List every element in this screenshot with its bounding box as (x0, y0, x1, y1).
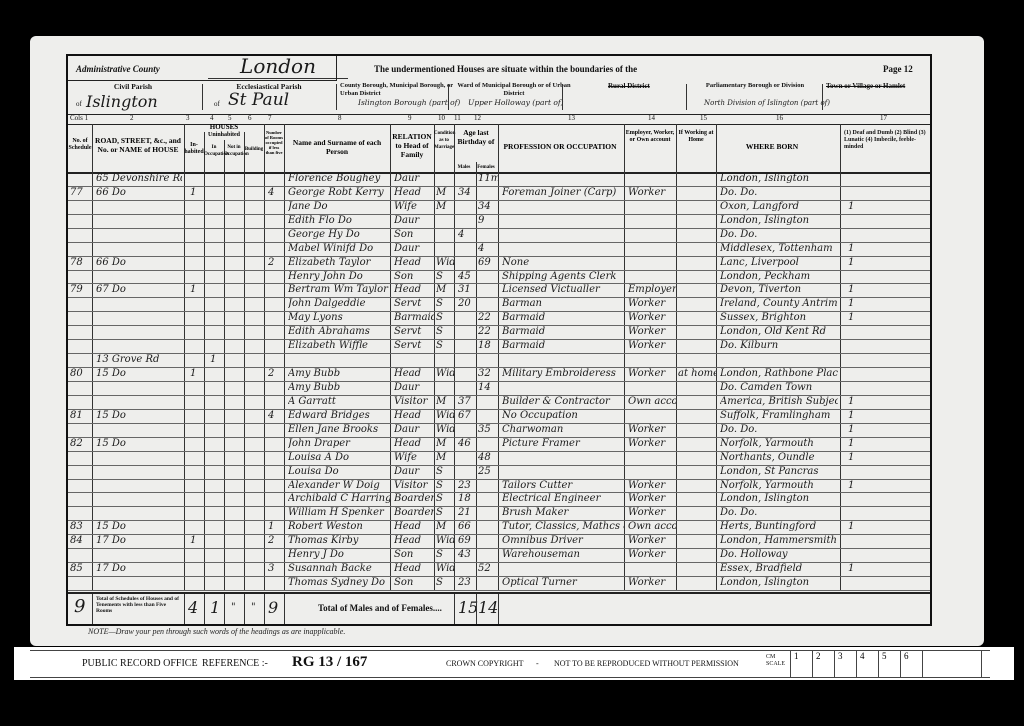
cell-cond: M (436, 201, 454, 212)
cell-cond: S (436, 466, 454, 477)
cell-name: Susannah Backe (288, 563, 390, 574)
cell-road: 65 Devonshire Rd (96, 173, 182, 184)
cell-rooms: 3 (268, 563, 282, 574)
page-number: Page 12 (883, 64, 913, 74)
cell-cond: M (436, 187, 454, 198)
total-rooms: 9 (268, 598, 278, 617)
cell-f: 14 (478, 382, 498, 393)
cell-emp: Worker (628, 340, 676, 351)
scale-mark: 3 (834, 651, 856, 677)
cell-name: Florence Boughey (288, 173, 390, 184)
cell-emp: Worker (628, 326, 676, 337)
divider (686, 84, 687, 110)
col-num: 6 (248, 114, 252, 122)
ward-label: Ward of Municipal Borough or of Urban Di… (452, 82, 576, 98)
cell-rel: Head (394, 410, 434, 421)
col-num: 15 (700, 114, 707, 122)
cell-rel: Servt (394, 340, 434, 351)
cell-cond: S (436, 326, 454, 337)
admin-county-row: Administrative County London The underme… (68, 56, 930, 80)
census-entry-row: Mabel Winifd DoDaur4Middlesex, Tottenham… (68, 242, 930, 257)
cell-emp: Worker (628, 507, 676, 518)
total-in-occupation: 1 (210, 598, 220, 617)
cell-m: 37 (458, 396, 476, 407)
cell-emp: Worker (628, 187, 676, 198)
cell-name: Bertram Wm Taylor (288, 284, 390, 295)
cell-name: Henry J Do (288, 549, 390, 560)
scale-mark: 6 (900, 651, 922, 677)
cell-cond: S (436, 340, 454, 351)
cell-rooms: 2 (268, 535, 282, 546)
cell-rel: Head (394, 563, 434, 574)
census-entry-row: 8115 Do4Edward BridgesHeadWid67No Occupa… (68, 409, 930, 424)
cell-sched: 84 (70, 535, 92, 546)
cell-occ: Tutor, Classics, Mathcs &c (502, 521, 624, 532)
cell-rel: Daur (394, 243, 434, 254)
divider (202, 84, 203, 110)
cell-sched: 85 (70, 563, 92, 574)
col-num: 8 (338, 114, 342, 122)
cell-born: Do. Do. (720, 187, 838, 198)
heading-employer: Employer, Worker, or Own account (624, 130, 676, 144)
cell-occ: No Occupation (502, 410, 624, 421)
cell-inf: 1 (848, 243, 868, 254)
scale-mark (922, 651, 982, 677)
cell-born: London, St Pancras (720, 466, 838, 477)
col-num: Cols 1 (70, 114, 88, 122)
heading-relation: RELATION to Head of Family (390, 132, 434, 159)
census-entry-row: 8215 DoJohn DraperHeadM46Picture FramerW… (68, 437, 930, 452)
census-entry-row: Henry J DoSonS43WarehousemanWorkerDo. Ho… (68, 548, 930, 563)
cell-road: 67 Do (96, 284, 182, 295)
cell-f: 35 (478, 424, 498, 435)
scale-mark: 5 (878, 651, 900, 677)
cell-inf: 1 (848, 312, 868, 323)
census-entry-row: William H SpenkerBoarderS21Brush MakerWo… (68, 506, 930, 521)
cell-f: 25 (478, 466, 498, 477)
col-num: 13 (568, 114, 575, 122)
archive-footer: PUBLIC RECORD OFFICE REFERENCE :- RG 13 … (14, 647, 1014, 680)
cell-cond: S (436, 271, 454, 282)
cell-occ: Charwoman (502, 424, 624, 435)
cell-cond: Wid (436, 410, 454, 421)
cell-f: 9 (478, 215, 498, 226)
cell-emp: Worker (628, 549, 676, 560)
cell-born: Norfolk, Yarmouth (720, 438, 838, 449)
cell-m: 18 (458, 493, 476, 504)
census-entry-row: 8315 Do1Robert WestonHeadM66Tutor, Class… (68, 520, 930, 535)
cell-occ: Optical Turner (502, 577, 624, 588)
column-headings-row: No. of Schedule ROAD, STREET, &c., and N… (68, 124, 930, 174)
cell-name: Edward Bridges (288, 410, 390, 421)
cell-emp: Worker (628, 535, 676, 546)
cell-name: John Draper (288, 438, 390, 449)
cell-name: Henry John Do (288, 271, 390, 282)
census-entry-row: 13 Grove Rd1 (68, 353, 930, 368)
heading-condition: Condition as to Marriage (434, 130, 454, 151)
cell-uninhab: 1 (210, 354, 224, 365)
census-entry-row: Elizabeth WiffleServtS18BarmaidWorkerDo.… (68, 339, 930, 354)
cell-occ: Barmaid (502, 312, 624, 323)
boundaries-text: The undermentioned Houses are situate wi… (374, 64, 637, 74)
heading-age: Age last Birthday of (454, 128, 498, 146)
cell-emp: Own account (628, 521, 676, 532)
cell-name: Archibald C Harrington (288, 493, 390, 504)
cell-name: Edith Abrahams (288, 326, 390, 337)
heading-rooms: Number of Rooms occupied if less than fi… (264, 130, 284, 155)
cell-name: Louisa Do (288, 466, 390, 477)
cell-occ: Shipping Agents Clerk (502, 271, 624, 282)
census-entry-row: Louisa A DoWifeM48Northants, Oundle1 (68, 451, 930, 466)
cell-emp: Worker (628, 493, 676, 504)
heading-road: ROAD, STREET, &c., and No. or NAME of HO… (94, 136, 182, 154)
cell-inf: 1 (848, 201, 868, 212)
cell-born: Oxon, Langford (720, 201, 838, 212)
cell-occ: None (502, 257, 624, 268)
cell-cond: M (436, 438, 454, 449)
cell-cond: S (436, 549, 454, 560)
divider (562, 84, 563, 110)
heading-schedule: No. of Schedule (68, 138, 92, 152)
census-entry-row: A GarrattVisitorM37Builder & ContractorO… (68, 395, 930, 410)
cell-occ: Brush Maker (502, 507, 624, 518)
cell-occ: Barman (502, 298, 624, 309)
cell-m: 34 (458, 187, 476, 198)
total-schedules: 9 (74, 596, 85, 617)
census-entry-row: 65 Devonshire RdFlorence BougheyDaur11mo… (68, 172, 930, 187)
cell-road: 13 Grove Rd (96, 354, 182, 365)
cell-born: Do. Do. (720, 507, 838, 518)
cell-occ: Barmaid (502, 326, 624, 337)
total-inhabited: 4 (188, 598, 198, 617)
cell-rel: Barmaid (394, 312, 434, 323)
cell-cond: S (436, 298, 454, 309)
cell-sched: 80 (70, 368, 92, 379)
totals-row: 9 Total of Schedules of Houses and of Te… (68, 592, 930, 624)
cell-m: 31 (458, 284, 476, 295)
heading-building: Building (244, 146, 264, 153)
col-num: 9 (408, 114, 412, 122)
cell-inf: 1 (848, 396, 868, 407)
cell-name: Robert Weston (288, 521, 390, 532)
divider (336, 84, 337, 110)
census-entry-row: Amy BubbDaur14Do. Camden Town (68, 381, 930, 396)
cell-f: 4 (478, 243, 498, 254)
cell-f: 22 (478, 326, 498, 337)
cell-born: Do. Holloway (720, 549, 838, 560)
cell-emp: Worker (628, 312, 676, 323)
cell-m: 69 (458, 535, 476, 546)
cell-occ: Electrical Engineer (502, 493, 624, 504)
cell-occ: Barmaid (502, 340, 624, 351)
census-entry-row: Ellen Jane BrooksDaurWid35CharwomanWorke… (68, 423, 930, 438)
col-num: 12 (474, 114, 481, 122)
parliamentary-value: North Division of Islington (part of) (704, 99, 830, 107)
heading-name: Name and Surname of each Person (284, 138, 390, 156)
cell-name: Amy Bubb (288, 368, 390, 379)
cell-m: 23 (458, 577, 476, 588)
cell-cond: Wid (436, 535, 454, 546)
cell-occ: Tailors Cutter (502, 480, 624, 491)
cell-born: Do. Kilburn (720, 340, 838, 351)
cell-born: Do. Do. (720, 424, 838, 435)
cell-inf: 1 (848, 410, 868, 421)
col-num: 7 (268, 114, 272, 122)
col-num: 17 (880, 114, 887, 122)
ecclesiastical-parish-value: St Paul (228, 90, 289, 110)
cell-m: 46 (458, 438, 476, 449)
cell-cond: S (436, 577, 454, 588)
cell-inhab: 1 (190, 535, 204, 546)
cell-f: 69 (478, 257, 498, 268)
cell-rel: Servt (394, 298, 434, 309)
cell-sched: 82 (70, 438, 92, 449)
town-label: Town or Village or Hamlet (826, 82, 905, 90)
cell-cond: Wid (436, 563, 454, 574)
cell-occ: Licensed Victualler (502, 284, 624, 295)
census-entry-row: 8015 Do12Amy BubbHeadWid32Military Embro… (68, 367, 930, 382)
census-entry-row: Archibald C HarringtonBoarderS18Electric… (68, 492, 930, 507)
cell-f: 22 (478, 312, 498, 323)
cell-rel: Son (394, 577, 434, 588)
parliamentary-label: Parliamentary Borough or Division (690, 82, 820, 90)
col-num: 14 (648, 114, 655, 122)
cell-m: 23 (458, 480, 476, 491)
cell-born: Herts, Buntingford (720, 521, 838, 532)
heading-females: Females (476, 164, 496, 171)
cell-rooms: 2 (268, 368, 282, 379)
cell-m: 45 (458, 271, 476, 282)
cell-rooms: 4 (268, 410, 282, 421)
census-entry-row: 7866 Do2Elizabeth TaylorHeadWid69NoneLan… (68, 256, 930, 271)
of-prefix: of (76, 100, 82, 108)
cell-rel: Daur (394, 382, 434, 393)
census-entry-row: George Hy DoSon4Do. Do. (68, 228, 930, 243)
col-num: 16 (776, 114, 783, 122)
cell-rel: Daur (394, 466, 434, 477)
cell-rel: Wife (394, 452, 434, 463)
cell-emp: Worker (628, 298, 676, 309)
cell-rel: Head (394, 438, 434, 449)
cell-inhab: 1 (190, 284, 204, 295)
permission-notice: NOT TO BE REPRODUCED WITHOUT PERMISSION (554, 659, 739, 668)
heading-not-in-occupation: Not in Occupation (224, 144, 244, 158)
cell-road: 17 Do (96, 535, 182, 546)
cell-sched: 83 (70, 521, 92, 532)
col-num: 3 (186, 114, 190, 122)
cell-f: 52 (478, 563, 498, 574)
cell-road: 66 Do (96, 257, 182, 268)
cell-rel: Head (394, 535, 434, 546)
scale-mark: 4 (856, 651, 878, 677)
census-entries: 65 Devonshire RdFlorence BougheyDaur11mo… (68, 172, 930, 590)
cell-m: 43 (458, 549, 476, 560)
cell-born: Lanc, Liverpool (720, 257, 838, 268)
ward-value: Upper Holloway (part of) (468, 98, 564, 107)
cell-born: London, Peckham (720, 271, 838, 282)
heading-where-born: WHERE BORN (716, 142, 828, 151)
parish-row: Civil Parish of Islington Ecclesiastical… (68, 80, 930, 115)
cell-cond: M (436, 284, 454, 295)
cell-f: 48 (478, 452, 498, 463)
cell-born: Do. Do. (720, 229, 838, 240)
cell-name: George Hy Do (288, 229, 390, 240)
cell-rel: Visitor (394, 396, 434, 407)
cell-cond: S (436, 480, 454, 491)
cell-rel: Daur (394, 173, 434, 184)
cell-rel: Son (394, 271, 434, 282)
cell-born: Devon, Tiverton (720, 284, 838, 295)
instruction-note: NOTE—Draw your pen through such words of… (88, 627, 345, 636)
cell-name: William H Spenker (288, 507, 390, 518)
cell-name: May Lyons (288, 312, 390, 323)
census-entry-row: Edith AbrahamsServtS22BarmaidWorkerLondo… (68, 325, 930, 340)
heading-inhabited: In-habited (184, 142, 204, 156)
civil-parish-label: Civil Parish (68, 82, 198, 91)
cell-inf: 1 (848, 424, 868, 435)
census-entry-row: 7766 Do14George Robt KerryHeadM34Foreman… (68, 186, 930, 201)
cell-cond: M (436, 452, 454, 463)
cell-rooms: 2 (268, 257, 282, 268)
census-entry-row: May LyonsBarmaidS22BarmaidWorkerSussex, … (68, 311, 930, 326)
total-not-in-occupation: " (231, 602, 236, 613)
cell-road: 17 Do (96, 563, 182, 574)
census-entry-row: Alexander W DoigVisitorS23Tailors Cutter… (68, 479, 930, 494)
cell-rel: Boarder (394, 507, 434, 518)
total-building: " (251, 602, 256, 613)
cell-rel: Head (394, 368, 434, 379)
census-entry-row: Thomas Sydney DoSonS23Optical TurnerWork… (68, 576, 930, 591)
cell-inf: 1 (848, 521, 868, 532)
total-males-females-label: Total of Males and of Females.... (318, 603, 442, 613)
cell-cond: S (436, 493, 454, 504)
cell-occ: Omnibus Driver (502, 535, 624, 546)
civil-parish-value: Islington (86, 92, 158, 111)
cell-inf: 1 (848, 438, 868, 449)
cell-name: Elizabeth Taylor (288, 257, 390, 268)
cell-f: 34 (478, 201, 498, 212)
cell-occ: Builder & Contractor (502, 396, 624, 407)
cell-cond: M (436, 396, 454, 407)
cell-inf: 1 (848, 563, 868, 574)
cell-born: London, Islington (720, 173, 838, 184)
cell-rel: Head (394, 521, 434, 532)
cell-born: America, British Subject (720, 396, 838, 407)
cell-cond: M (436, 521, 454, 532)
cell-born: Do. Camden Town (720, 382, 838, 393)
heading-occupation: PROFESSION OR OCCUPATION (500, 142, 620, 151)
cell-rel: Head (394, 257, 434, 268)
cell-rel: Son (394, 549, 434, 560)
cell-name: John Dalgeddie (288, 298, 390, 309)
reference-label: REFERENCE :- (202, 658, 268, 669)
cell-m: 4 (458, 229, 476, 240)
census-entry-row: Louisa DoDaurS25London, St Pancras (68, 465, 930, 480)
cell-born: London, Hammersmith (720, 535, 838, 546)
cell-occ: Foreman Joiner (Carp) (502, 187, 624, 198)
cell-rel: Boarder (394, 493, 434, 504)
reference-value: RG 13 / 167 (292, 654, 367, 671)
cell-f: 32 (478, 368, 498, 379)
col-num: 5 (228, 114, 232, 122)
census-entry-row: Henry John DoSonS45Shipping Agents Clerk… (68, 270, 930, 285)
cell-rel: Head (394, 187, 434, 198)
heading-males: Males (454, 164, 474, 171)
county-borough-label: County Borough, Municipal Borough, or Ur… (340, 82, 464, 98)
cell-emp: Worker (628, 577, 676, 588)
cell-born: Middlesex, Tottenham (720, 243, 838, 254)
cell-occ: Warehouseman (502, 549, 624, 560)
col-num: 4 (210, 114, 214, 122)
cell-inf: 1 (848, 298, 868, 309)
cell-road: 15 Do (96, 368, 182, 379)
cell-emp: Employer (628, 284, 676, 295)
cell-cond: Wid (436, 257, 454, 268)
of-prefix: of (214, 100, 220, 108)
cell-home: at home (678, 368, 716, 379)
cell-rel: Visitor (394, 480, 434, 491)
scale-mark: 2 (812, 651, 834, 677)
cell-road: 15 Do (96, 438, 182, 449)
cell-name: Louisa A Do (288, 452, 390, 463)
census-entry-row: 8417 Do12Thomas KirbyHeadWid69Omnibus Dr… (68, 534, 930, 549)
cell-m: 21 (458, 507, 476, 518)
cell-occ: Military Embroideress (502, 368, 624, 379)
cell-road: 66 Do (96, 187, 182, 198)
cell-born: London, Old Kent Rd (720, 326, 838, 337)
cell-sched: 77 (70, 187, 92, 198)
cell-born: London, Islington (720, 493, 838, 504)
cell-inf: 1 (848, 452, 868, 463)
cell-rel: Son (394, 229, 434, 240)
heading-houses: HOUSES (184, 124, 264, 131)
cell-name: Ellen Jane Brooks (288, 424, 390, 435)
divider (448, 84, 449, 110)
census-entry-row: 8517 Do3Susannah BackeHeadWid52Essex, Br… (68, 562, 930, 577)
cell-rel: Servt (394, 326, 434, 337)
cell-inf: 1 (848, 284, 868, 295)
col-num: 2 (130, 114, 134, 122)
cell-inhab: 1 (190, 368, 204, 379)
cell-cond: Wid (436, 424, 454, 435)
col-num: 10 (438, 114, 445, 122)
cell-born: Suffolk, Framlingham (720, 410, 838, 421)
cell-born: Ireland, County Antrim (720, 298, 838, 309)
county-borough-value: Islington Borough (part of) (358, 98, 460, 107)
cell-cond: S (436, 312, 454, 323)
cell-emp: Worker (628, 438, 676, 449)
cell-born: London, Rathbone Place (720, 368, 838, 379)
cell-rooms: 1 (268, 521, 282, 532)
cell-inhab: 1 (190, 187, 204, 198)
cell-name: Edith Flo Do (288, 215, 390, 226)
copyright-label: CROWN COPYRIGHT (446, 659, 524, 668)
cell-road: 15 Do (96, 521, 182, 532)
cell-sched: 79 (70, 284, 92, 295)
cell-inf: 1 (848, 257, 868, 268)
cell-name: Mabel Winifd Do (288, 243, 390, 254)
total-females: 14 (478, 598, 498, 617)
total-schedules-label: Total of Schedules of Houses and of Tene… (96, 596, 180, 614)
cell-emp: Worker (628, 368, 676, 379)
cell-name: Elizabeth Wiffle (288, 340, 390, 351)
cell-born: Norfolk, Yarmouth (720, 480, 838, 491)
admin-county-box (68, 56, 337, 81)
heading-uninhabited: Uninhabited (204, 132, 244, 139)
cell-name: Jane Do (288, 201, 390, 212)
cell-rel: Head (394, 284, 434, 295)
cell-f: 18 (478, 340, 498, 351)
